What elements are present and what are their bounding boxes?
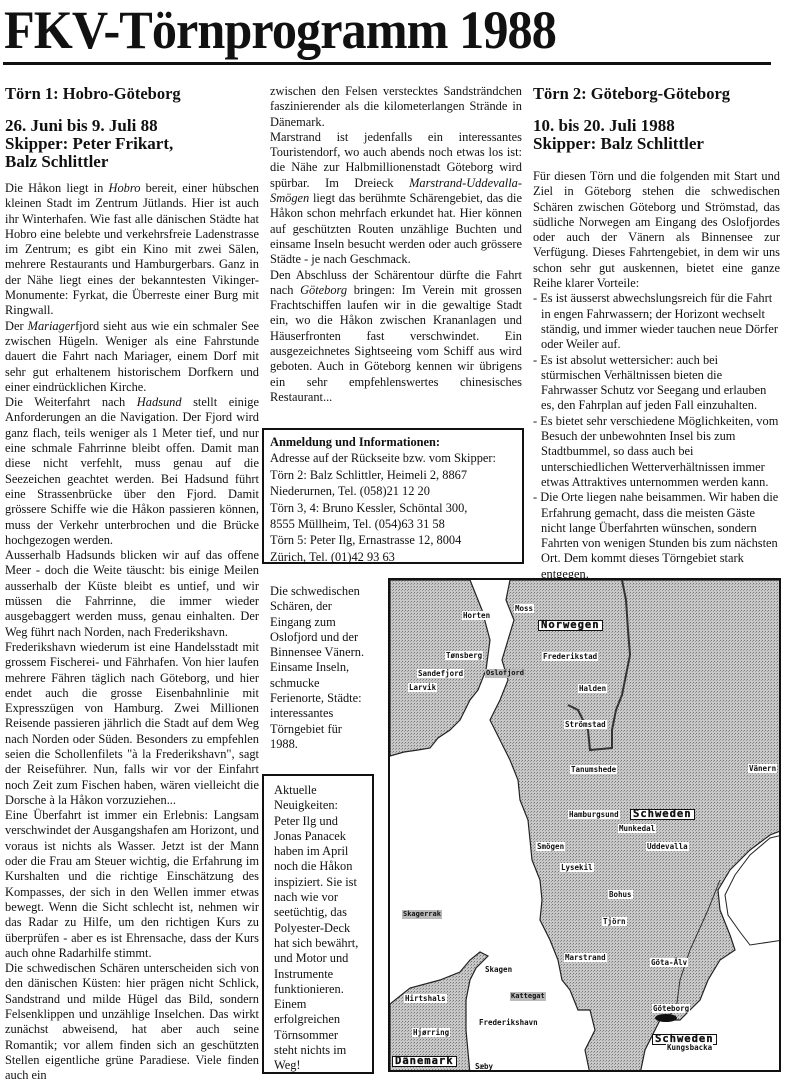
map-label-skagen: Skagen: [484, 965, 513, 974]
land-denmark: [390, 952, 488, 1072]
info-box: Anmeldung und Informationen: Adresse auf…: [262, 428, 524, 564]
map-label-hirtshals: Hirtshals: [404, 994, 447, 1003]
italic-goeteborg: Göteborg: [300, 283, 347, 297]
column-toern2: Törn 2: Göteborg-Göteborg 10. bis 20. Ju…: [533, 84, 780, 582]
map-label-tonsberg: Tønsberg: [445, 651, 483, 660]
map-label-skagerrak: Skagerrak: [402, 910, 442, 919]
cont-paragraph-3: Den Abschluss der Schärentour dürfte die…: [270, 268, 522, 406]
map-label-tjoern: Tjörn: [602, 917, 627, 926]
info-box-heading: Anmeldung und Informationen:: [270, 434, 516, 450]
map-label-marstrand: Marstrand: [564, 953, 607, 962]
map-label-vaenern: Vänern: [748, 764, 777, 773]
map-label-moss: Moss: [514, 604, 534, 613]
toern1-paragraph-6: Eine Überfahrt ist immer ein Erlebnis: L…: [5, 808, 259, 961]
list-item: - Die Orte liegen nahe beisammen. Wir ha…: [533, 490, 780, 582]
info-line: Törn 5: Peter Ilg, Ernastrasse 12, 8004: [270, 532, 516, 548]
map-label-stromstad: Strömstad: [564, 720, 607, 729]
toern1-paragraph-5: Frederikshavn wiederum ist eine Handelss…: [5, 640, 259, 808]
italic-hadsund: Hadsund: [137, 395, 182, 409]
map-label-frederikstad: Frederikstad: [542, 652, 598, 661]
map-label-kattegat: Kattegat: [510, 992, 546, 1001]
map-label-oslofjord: Oslofjord: [485, 669, 525, 678]
map-label-hamburgsund: Hamburgsund: [568, 810, 620, 819]
column-toern1-continued: zwischen den Felsen verstecktes Sandsträ…: [270, 84, 522, 405]
toern2-heading: Törn 2: Göteborg-Göteborg: [533, 84, 780, 103]
map-label-norwegen: Norwegen: [538, 620, 603, 631]
map-label-daenemark: Dänemark: [392, 1056, 457, 1067]
column-toern1: Törn 1: Hobro-Göteborg 26. Juni bis 9. J…: [5, 84, 259, 1080]
map-label-goeta-aelv: Göta-Älv: [650, 958, 688, 967]
map-label-tanumshede: Tanumshede: [570, 765, 617, 774]
italic-hobro: Hobro: [109, 181, 141, 195]
map-label-munkedal: Munkedal: [618, 824, 656, 833]
toern1-skipper-1: Skipper: Peter Frikart,: [5, 135, 259, 153]
toern1-p1-rest: bereit, einer hübschen kleinen Stadt im …: [5, 181, 259, 317]
info-line: Törn 2: Balz Schlittler, Heimeli 2, 8867: [270, 467, 516, 483]
land-norway-west: [390, 580, 490, 756]
toern2-skipper: Skipper: Balz Schlittler: [533, 135, 780, 153]
map-label-uddevalla: Uddevalla: [646, 842, 689, 851]
map-label-hjoerring: Hjørring: [412, 1028, 450, 1037]
goeteborg-marker: [655, 1014, 677, 1022]
info-line: Adresse auf der Rückseite bzw. vom Skipp…: [270, 450, 516, 466]
toern1-paragraph-3: Die Weiterfahrt nach Hadsund stellt eini…: [5, 395, 259, 548]
cont-paragraph-1: zwischen den Felsen verstecktes Sandsträ…: [270, 84, 522, 130]
toern1-skipper-2: Balz Schlittler: [5, 153, 259, 171]
list-item: - Es bietet sehr verschiedene Möglichkei…: [533, 414, 780, 490]
info-line: Niederurnen, Tel. (058)21 12 20: [270, 483, 516, 499]
news-box: Aktuelle Neuigkeiten: Peter Ilg und Jona…: [262, 774, 374, 1074]
toern1-paragraph-7: Die schwedischen Schären unterscheiden s…: [5, 961, 259, 1080]
map-label-bohus: Bohus: [608, 890, 633, 899]
map-label-horten: Horten: [462, 611, 491, 620]
map-label-saeby: Sæby: [474, 1062, 494, 1071]
toern1-dates: 26. Juni bis 9. Juli 88: [5, 117, 259, 135]
list-item: - Es ist äusserst abwechslungsreich für …: [533, 291, 780, 352]
info-line: Törn 3, 4: Bruno Kessler, Schöntal 300,: [270, 500, 516, 516]
info-line: Zürich, Tel. (01)42 93 63: [270, 549, 516, 565]
cont-paragraph-3-rest: bringen: Im Verein mit grossen Frachtsch…: [270, 283, 522, 404]
info-line: 8555 Müllheim, Tel. (054)63 31 58: [270, 516, 516, 532]
map-label-sandefjord: Sandefjord: [417, 669, 464, 678]
map-label-smoegen: Smögen: [536, 842, 565, 851]
map-label-halden: Halden: [578, 684, 607, 693]
title-underline: [3, 62, 771, 65]
italic-mariager: Mariager: [28, 319, 76, 333]
sailing-area-map: Norwegen Schweden Schweden Dänemark Oslo…: [388, 578, 781, 1072]
map-label-schweden-north: Schweden: [630, 809, 695, 820]
list-item: - Es ist absolut wettersicher: auch bei …: [533, 353, 780, 414]
page-title: FKV-Törnprogramm 1988: [4, 0, 556, 66]
cont-paragraph-2: Marstrand ist jedenfalls ein interessant…: [270, 130, 522, 268]
map-caption: Die schwedischen Schären, der Eingang zu…: [270, 584, 370, 752]
toern1-heading: Törn 1: Hobro-Göteborg: [5, 84, 259, 103]
map-label-goeteborg: Göteborg: [652, 1004, 690, 1013]
map-label-frederikshavn: Frederikshavn: [478, 1018, 539, 1027]
toern1-paragraph-4: Ausserhalb Hadsunds blicken wir auf das …: [5, 548, 259, 640]
toern1-paragraph-1: Die Håkon liegt in Hobro bereit, einer h…: [5, 181, 259, 319]
map-label-larvik: Larvik: [408, 683, 437, 692]
map-label-lysekil: Lysekil: [560, 863, 594, 872]
toern2-dates: 10. bis 20. Juli 1988: [533, 117, 780, 135]
toern2-intro: Für diesen Törn und die folgenden mit St…: [533, 169, 780, 291]
map-label-kungsbacka: Kungsbacka: [666, 1043, 713, 1052]
toern2-advantages-list: - Es ist äusserst abwechslungsreich für …: [533, 291, 780, 582]
toern1-paragraph-2: Der Mariagerfjord sieht aus wie ein schm…: [5, 319, 259, 395]
